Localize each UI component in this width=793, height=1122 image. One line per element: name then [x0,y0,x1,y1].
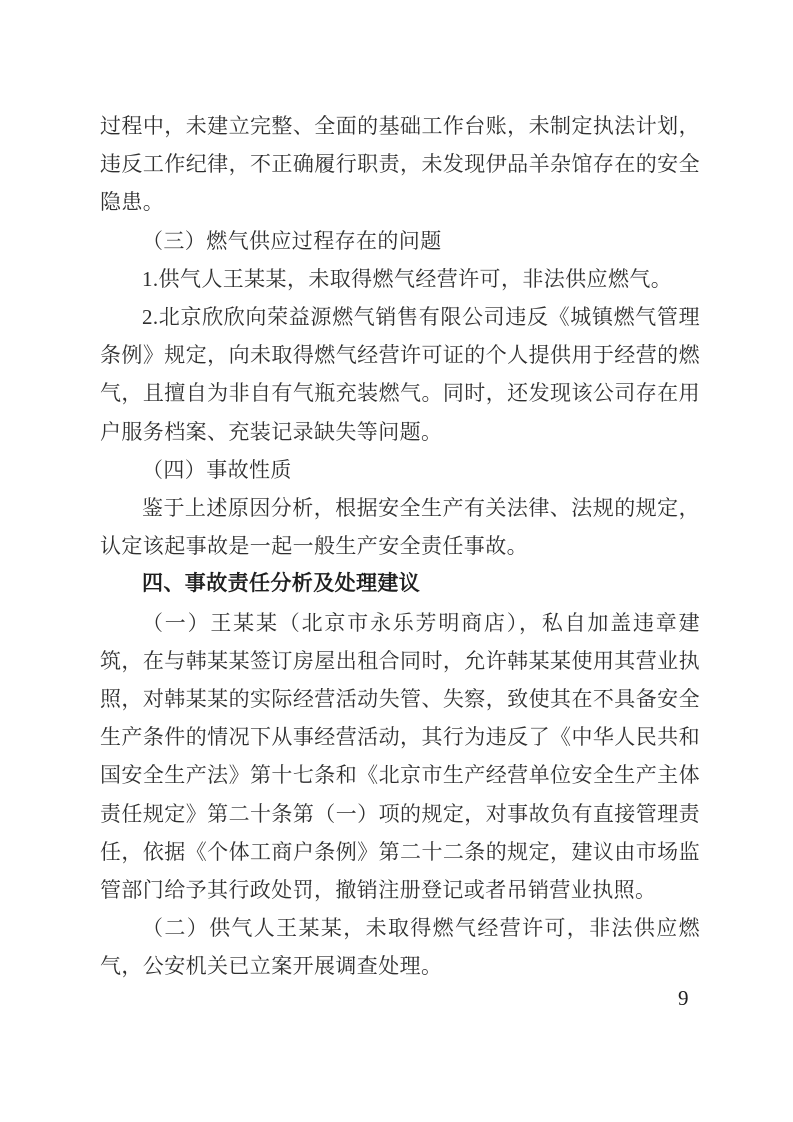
paragraph: 鉴于上述原因分析，根据安全生产有关法律、法规的规定，认定该起事故是一起一般生产安… [100,489,700,565]
section-heading: 四、事故责任分析及处理建议 [100,565,700,603]
paragraph: 2.北京欣欣向荣益源燃气销售有限公司违反《城镇燃气管理条例》规定，向未取得燃气经… [100,298,700,451]
document-body: 过程中，未建立完整、全面的基础工作台账，未制定执法计划，违反工作纪律，不正确履行… [100,107,700,986]
page-number: 9 [678,986,689,1011]
paragraph: （四）事故性质 [100,451,700,489]
paragraph: 过程中，未建立完整、全面的基础工作台账，未制定执法计划，违反工作纪律，不正确履行… [100,107,700,222]
paragraph: （三）燃气供应过程存在的问题 [100,222,700,260]
paragraph: （二）供气人王某某，未取得燃气经营许可，非法供应燃气，公安机关已立案开展调查处理… [100,909,700,985]
paragraph: （一）王某某（北京市永乐芳明商店），私自加盖违章建筑，在与韩某某签订房屋出租合同… [100,604,700,910]
document-page: 过程中，未建立完整、全面的基础工作台账，未制定执法计划，违反工作纪律，不正确履行… [0,0,793,1122]
paragraph: 1.供气人王某某，未取得燃气经营许可，非法供应燃气。 [100,260,700,298]
